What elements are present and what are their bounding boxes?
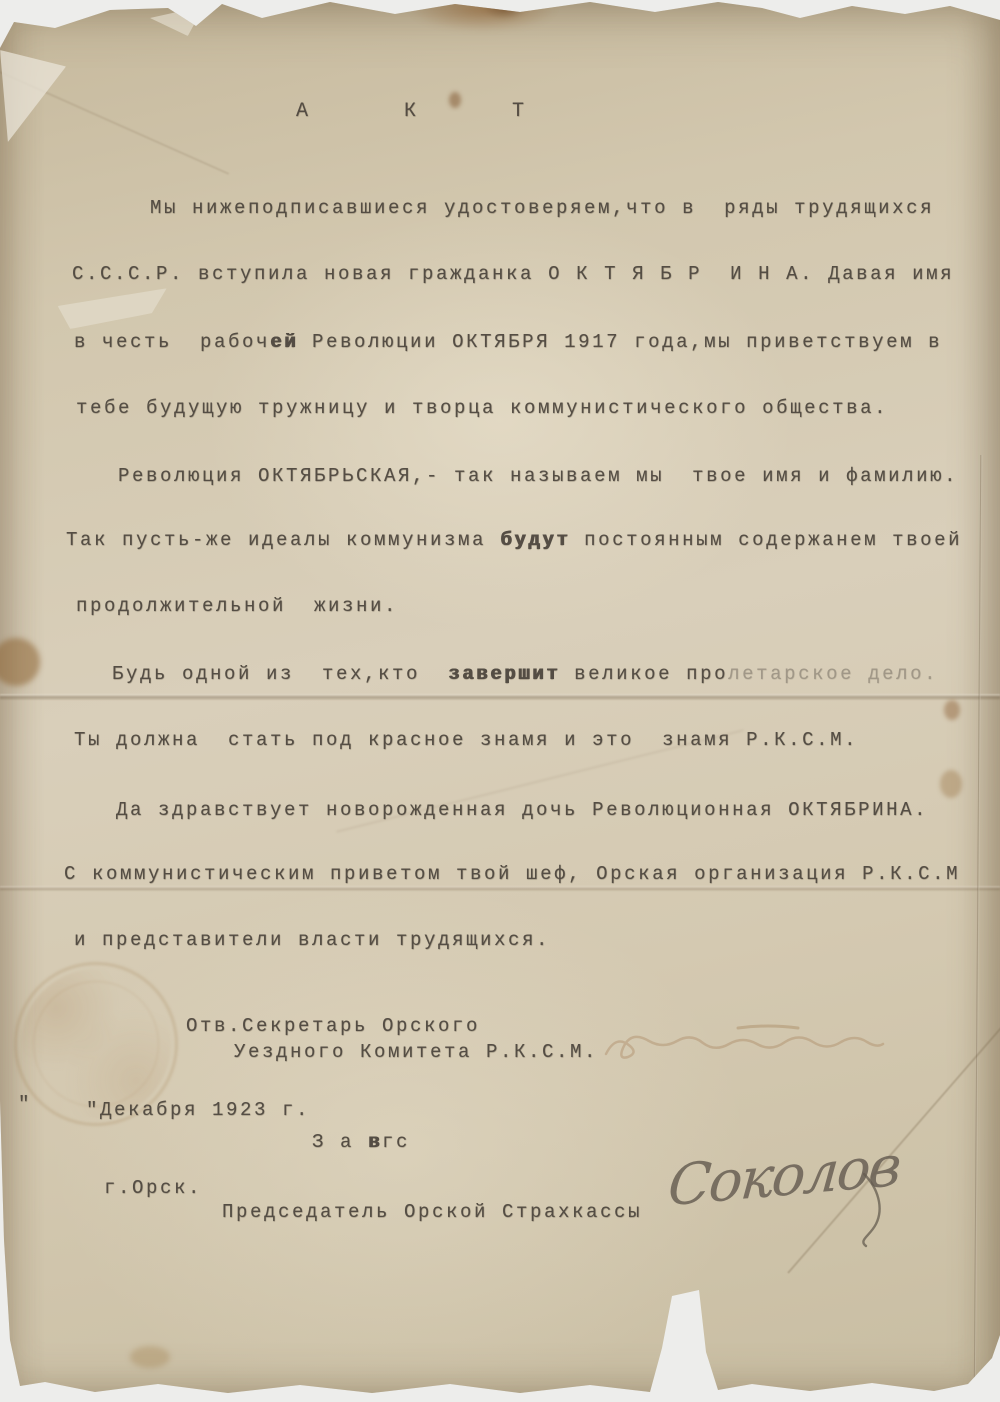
paragraph3-line2: Ты должна стать под красное знамя и это … [74, 728, 858, 752]
paragraph1-line3-pre: в честь рабоч [74, 331, 270, 353]
paragraph1-line3: в честь рабочей Революции ОКТЯБРЯ 1917 г… [74, 330, 942, 354]
paragraph1-line4: тебе будущую тружницу и творца коммунист… [76, 396, 888, 420]
paper-sheet: А К Т Мы нижеподписавшиеся удостоверяем,… [0, 0, 1000, 1402]
secretary-title-line1: Отв.Секретарь Орского [186, 1014, 480, 1038]
za-line: З а вгс [312, 1130, 410, 1154]
left-edge-stain [0, 638, 40, 686]
margin-quote-mark: " [18, 1092, 32, 1116]
torn-shard-top [150, 6, 204, 36]
paragraph3-line1-mid: великое про [560, 663, 728, 685]
crease-horizontal-fold-2 [0, 886, 1000, 891]
paragraph1-line1: Мы нижеподписавшиеся удостоверяем,что в … [150, 196, 934, 220]
scanned-document-canvas: А К Т Мы нижеподписавшиеся удостоверяем,… [0, 0, 1000, 1402]
document-title: А К Т [296, 100, 548, 124]
right-stain-2 [940, 770, 962, 798]
paragraph3-line1-faded: летарское дело. [728, 663, 938, 685]
paragraph1-line2: С.С.С.Р. вступила новая гражданка О К Т … [72, 262, 954, 286]
paragraph3-line1-overstrike: завершит [448, 663, 560, 685]
paragraph4-line1: Да здравствует новорожденная дочь Револю… [116, 798, 928, 822]
paragraph2-line1: Революция ОКТЯБРЬСКАЯ,- так называем мы … [118, 464, 958, 488]
crease-top-left [0, 67, 229, 175]
za-line-post: гс [382, 1131, 410, 1153]
paragraph1-line3-post: Революции ОКТЯБРЯ 1917 года,мы приветств… [298, 331, 942, 353]
paragraph2-line2-pre: Так пусть-же идеалы коммунизма [66, 529, 500, 551]
city-line: г.Орск. [104, 1176, 202, 1200]
crease-vertical-right [974, 455, 983, 1402]
crease-horizontal-fold-1 [0, 694, 1000, 700]
bottom-stain [130, 1346, 170, 1368]
tape-residue-stain [408, 0, 558, 32]
paragraph2-line2-post: постоянным содержанем твоей [570, 529, 962, 551]
torn-shard-left [57, 288, 169, 330]
paragraph3-line1: Будь одной из тех,кто завершит великое п… [112, 662, 938, 686]
faint-secretary-signature [598, 1022, 928, 1072]
right-stain-1 [944, 700, 960, 720]
tape-residue-stain-dark [482, 0, 528, 20]
za-line-overstrike: в [368, 1131, 382, 1153]
paragraph2-line3: продолжительной жизни. [76, 594, 398, 618]
chairman-title: Председатель Орской Страхкассы [222, 1200, 642, 1224]
torn-shard-top-left [0, 50, 66, 142]
paragraph2-line2: Так пусть-же идеалы коммунизма будут пос… [66, 528, 962, 552]
secretary-title-line2: Уездного Комитета Р.К.С.М. [234, 1040, 598, 1064]
za-line-pre: З а [312, 1131, 368, 1153]
paragraph4-line3: и представители власти трудящихся. [74, 928, 550, 952]
paragraph4-line2: С коммунистическим приветом твой шеф, Ор… [64, 862, 960, 886]
date-line: "Декабря 1923 г. [86, 1098, 310, 1122]
handwritten-signature-sokolov: Соколов [666, 1134, 903, 1220]
paragraph3-line1-pre: Будь одной из тех,кто [112, 663, 448, 685]
paragraph2-line2-overstrike: будут [500, 529, 570, 551]
paragraph1-line3-overstrike: ей [270, 331, 298, 353]
